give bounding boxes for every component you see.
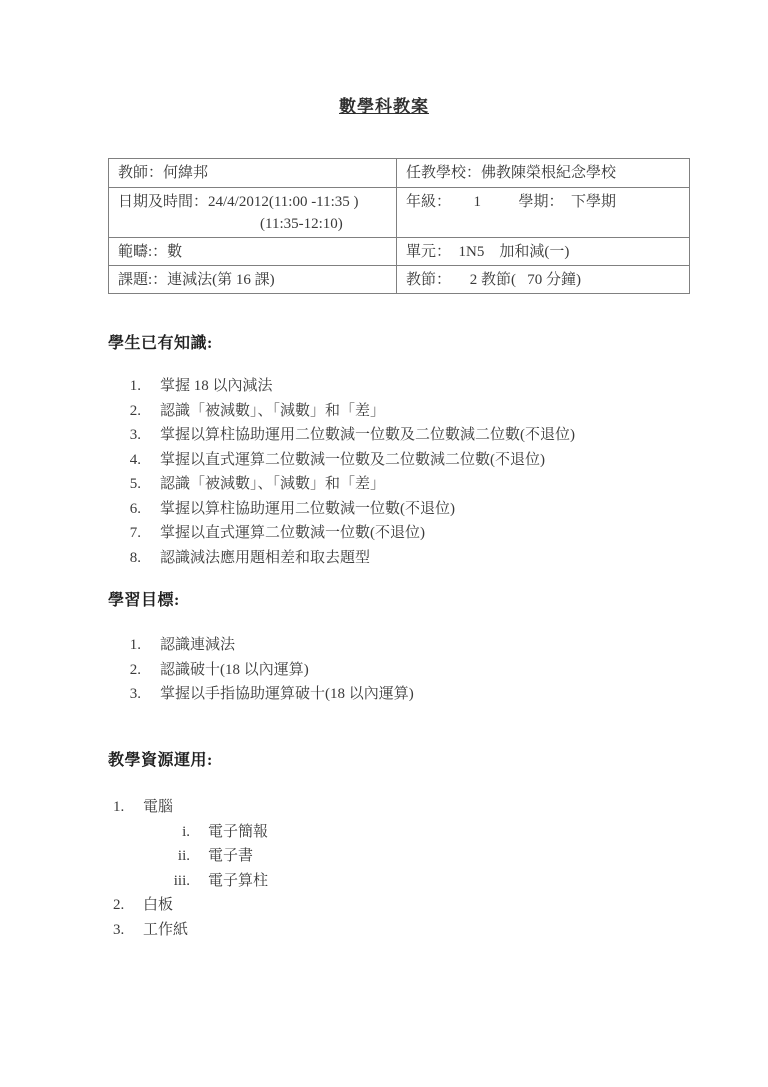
item-number: 2.: [108, 658, 141, 683]
item-number: 3.: [108, 682, 141, 707]
grade-term-cell: 年級： 1 學期： 下學期: [397, 188, 690, 238]
item-text: 掌握以直式運算二位數減一位數(不退位): [160, 521, 425, 546]
item-number: 6.: [108, 497, 141, 522]
table-row: 教師：何緯邦 任教學校：佛教陳榮根紀念學校: [109, 159, 690, 188]
topic-cell: 課題:：連減法(第 16 課): [109, 266, 397, 294]
item-number: iii.: [108, 869, 190, 894]
teacher-cell: 教師：何緯邦: [109, 159, 397, 188]
datetime-line1: 日期及時間：24/4/2012(11:00 -11:35 ): [118, 191, 388, 213]
list-item: 6.掌握以算柱協助運用二位數減一位數(不退位): [108, 497, 668, 522]
list-item: 2.認識破十(18 以內運算): [108, 658, 668, 683]
item-text: 認識連減法: [160, 633, 235, 658]
list-item: 3.工作紙: [108, 918, 668, 943]
item-number: 8.: [108, 546, 141, 571]
sub-list-item: ii.電子書: [108, 844, 668, 869]
sub-list-item: i.電子簡報: [108, 820, 668, 845]
item-number: 1.: [108, 795, 130, 820]
item-number: 7.: [108, 521, 141, 546]
list-item: 1.掌握 18 以內減法: [108, 374, 668, 399]
item-number: 1.: [108, 374, 141, 399]
sessions-cell: 教節： 2 教節( 70 分鐘): [397, 266, 690, 294]
table-row: 課題:：連減法(第 16 課) 教節： 2 教節( 70 分鐘): [109, 266, 690, 294]
item-text: 認識破十(18 以內運算): [160, 658, 309, 683]
item-text: 掌握以算柱協助運用二位數減一位數及二位數減二位數(不退位): [160, 423, 575, 448]
item-text: 工作紙: [143, 918, 188, 943]
item-number: 3.: [108, 423, 141, 448]
resources-heading: 教學資源運用:: [108, 747, 213, 770]
list-item: 1.認識連減法: [108, 633, 668, 658]
item-text: 電子簡報: [208, 820, 268, 845]
item-text: 掌握以手指協助運算破十(18 以內運算): [160, 682, 414, 707]
lesson-info-table: 教師：何緯邦 任教學校：佛教陳榮根紀念學校 日期及時間：24/4/2012(11…: [108, 158, 690, 294]
list-item: 4.掌握以直式運算二位數減一位數及二位數減二位數(不退位): [108, 448, 668, 473]
strand-cell: 範疇:：數: [109, 238, 397, 266]
item-number: 5.: [108, 472, 141, 497]
item-number: 2.: [108, 893, 130, 918]
list-item: 2.認識「被減數」、「減數」和「差」: [108, 399, 668, 424]
item-text: 掌握以算柱協助運用二位數減一位數(不退位): [160, 497, 455, 522]
resources-list: 1.電腦 i.電子簡報 ii.電子書 iii.電子算柱 2.白板 3.工作紙: [108, 795, 668, 942]
list-item: 8.認識減法應用題相差和取去題型: [108, 546, 668, 571]
prior-knowledge-list: 1.掌握 18 以內減法 2.認識「被減數」、「減數」和「差」 3.掌握以算柱協…: [108, 374, 668, 570]
list-item: 2.白板: [108, 893, 668, 918]
unit-cell: 單元： 1N5 加和減(一): [397, 238, 690, 266]
datetime-line2: (11:35-12:10): [118, 213, 388, 235]
item-number: 3.: [108, 918, 130, 943]
objectives-list: 1.認識連減法 2.認識破十(18 以內運算) 3.掌握以手指協助運算破十(18…: [108, 633, 668, 707]
item-text: 白板: [143, 893, 173, 918]
item-text: 認識「被減數」、「減數」和「差」: [160, 399, 385, 424]
list-item: 1.電腦: [108, 795, 668, 820]
table-row: 範疇:：數 單元： 1N5 加和減(一): [109, 238, 690, 266]
item-text: 電腦: [143, 795, 173, 820]
objectives-heading: 學習目標:: [108, 587, 180, 610]
item-number: ii.: [108, 844, 190, 869]
list-item: 5.認識「被減數」、「減數」和「差」: [108, 472, 668, 497]
item-text: 認識「被減數」、「減數」和「差」: [160, 472, 385, 497]
item-text: 掌握以直式運算二位數減一位數及二位數減二位數(不退位): [160, 448, 545, 473]
item-number: 4.: [108, 448, 141, 473]
item-text: 電子書: [208, 844, 253, 869]
sub-list-item: iii.電子算柱: [108, 869, 668, 894]
school-cell: 任教學校：佛教陳榮根紀念學校: [397, 159, 690, 188]
item-number: 1.: [108, 633, 141, 658]
prior-knowledge-heading: 學生已有知識:: [108, 330, 213, 353]
item-number: 2.: [108, 399, 141, 424]
list-item: 7.掌握以直式運算二位數減一位數(不退位): [108, 521, 668, 546]
item-number: i.: [108, 820, 190, 845]
item-text: 認識減法應用題相差和取去題型: [160, 546, 370, 571]
table-row: 日期及時間：24/4/2012(11:00 -11:35 )(11:35-12:…: [109, 188, 690, 238]
item-text: 電子算柱: [208, 869, 268, 894]
list-item: 3.掌握以算柱協助運用二位數減一位數及二位數減二位數(不退位): [108, 423, 668, 448]
item-text: 掌握 18 以內減法: [160, 374, 273, 399]
list-item: 3.掌握以手指協助運算破十(18 以內運算): [108, 682, 668, 707]
datetime-cell: 日期及時間：24/4/2012(11:00 -11:35 )(11:35-12:…: [109, 188, 397, 238]
page-title: 數學科教案: [0, 92, 768, 117]
